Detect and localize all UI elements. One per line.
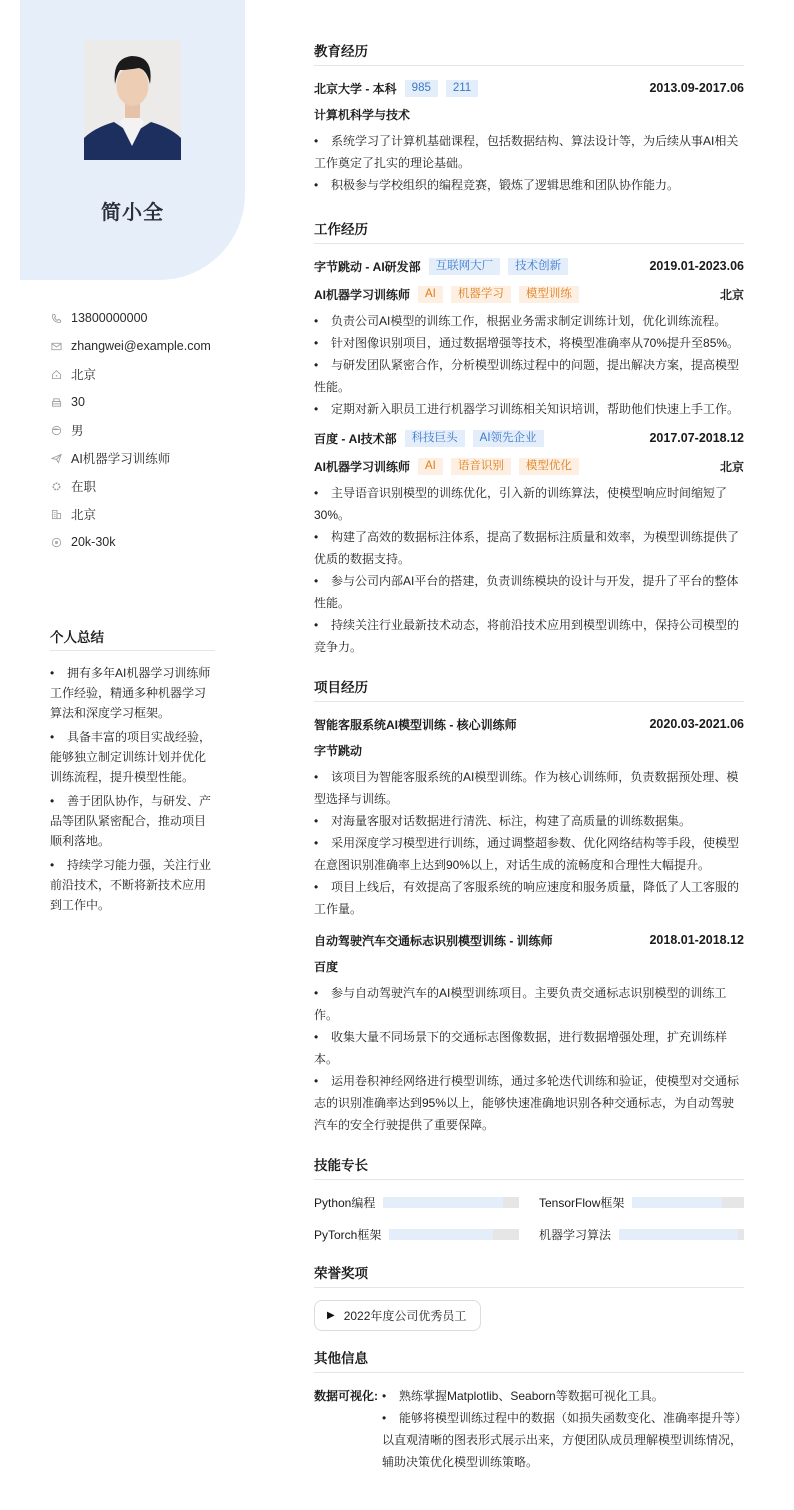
education-bullet: •系统学习了计算机基础课程，包括数据结构、算法设计等，为后续从事AI相关工作奠定… [314,130,744,174]
age-icon [50,396,62,408]
contact-salary: 20k-30k [50,528,240,556]
work-bullet: •针对图像识别项目，通过数据增强等技术，将模型准确率从70%提升至85%。 [314,332,744,354]
skill-bar-fill [389,1229,493,1240]
education-title: 教育经历 [314,40,744,66]
contact-age: 30 [50,388,240,416]
other-info: 数据可视化: •熟练掌握Matplotlib、Seaborn等数据可视化工具。 … [314,1385,744,1473]
contact-phone: 13800000000 [50,304,240,332]
work-entry: 字节跳动 - AI研发部 互联网大厂 技术创新 2019.01-2023.06 … [314,256,744,420]
skill-bar [383,1197,519,1208]
project-name: 自动驾驶汽车交通标志识别模型训练 - 训练师 [314,932,553,949]
work-bullets: •主导语音识别模型的训练优化，引入新的训练算法，使模型响应时间缩短了30%。 •… [314,482,744,658]
contact-phone-value: 13800000000 [71,311,147,325]
work-bullet: •参与公司内部AI平台的搭建，负责训练模块的设计与开发，提升了平台的整体性能。 [314,570,744,614]
project-bullet: •参与自动驾驶汽车的AI模型训练项目。主要负责交通标志识别模型的训练工作。 [314,982,744,1026]
company-tag: 科技巨头 [405,430,465,447]
send-icon [50,452,62,464]
company-tag: 技术创新 [508,258,568,275]
school-tag: 985 [405,80,438,97]
skills-section: 技能专长 Python编程 TensorFlow框架 PyTorch框架 机器学… [314,1154,744,1244]
other-bullets: •熟练掌握Matplotlib、Seaborn等数据可视化工具。 •能够将模型训… [380,1385,744,1473]
project-bullet: •对海量客服对话数据进行清洗、标注，构建了高质量的训练数据集。 [314,810,744,832]
work-city: 北京 [720,286,744,303]
work-bullet: •主导语音识别模型的训练优化，引入新的训练算法，使模型响应时间缩短了30%。 [314,482,744,526]
education-bullet: •积极参与学校组织的编程竞赛，锻炼了逻辑思维和团队协作能力。 [314,174,744,196]
summary-item: •持续学习能力强，关注行业前沿技术，不断将新技术应用到工作中。 [50,855,215,915]
work-title: 工作经历 [314,218,744,244]
project-name: 智能客服系统AI模型训练 - 核心训练师 [314,716,517,733]
contact-address-value: 北京 [71,365,96,383]
skill-name: 机器学习算法 [539,1226,611,1243]
work-role-row: AI机器学习训练师 AI 机器学习 模型训练 北京 [314,284,744,304]
contact-status-value: 在职 [71,477,96,495]
project-company: 百度 [314,958,744,976]
work-section: 工作经历 字节跳动 - AI研发部 互联网大厂 技术创新 2019.01-202… [314,218,744,658]
education-header: 北京大学 - 本科 985 211 2013.09-2017.06 [314,78,744,98]
education-date: 2013.09-2017.06 [649,81,744,95]
skills-title: 技能专长 [314,1154,744,1180]
phone-icon [50,312,62,324]
role-tag: AI [418,286,443,303]
work-date: 2019.01-2023.06 [649,259,744,273]
awards-section: 荣誉奖项 ▶ 2022年度公司优秀员工 [314,1262,744,1331]
role-tag: AI [418,458,443,475]
school-tag: 211 [446,80,478,97]
summary-title: 个人总结 [50,626,215,651]
summary-list: •拥有多年AI机器学习训练师工作经验，精通多种机器学习算法和深度学习框架。 •具… [50,663,215,915]
contact-gender-value: 男 [71,421,84,439]
project-header: 自动驾驶汽车交通标志识别模型训练 - 训练师 2018.01-2018.12 [314,930,744,950]
summary-item: •善于团队协作，与研发、产品等团队紧密配合，推动项目顺利落地。 [50,791,215,851]
contact-gender: 男 [50,416,240,444]
education-bullets: •系统学习了计算机基础课程，包括数据结构、算法设计等，为后续从事AI相关工作奠定… [314,130,744,196]
contact-salary-value: 20k-30k [71,535,115,549]
work-role: AI机器学习训练师 [314,458,410,475]
work-bullet: •定期对新入职员工进行机器学习训练相关知识培训，帮助他们快速上手工作。 [314,398,744,420]
awards-title: 荣誉奖项 [314,1262,744,1288]
other-bullet: •熟练掌握Matplotlib、Seaborn等数据可视化工具。 [382,1385,744,1407]
contact-email: zhangwei@example.com [50,332,240,360]
contact-address: 北京 [50,360,240,388]
work-company-row: 字节跳动 - AI研发部 互联网大厂 技术创新 2019.01-2023.06 [314,256,744,276]
project-bullet: •该项目为智能客服系统的AI模型训练。作为核心训练师，负责数据预处理、模型选择与… [314,766,744,810]
projects-title: 项目经历 [314,676,744,702]
role-tag: 机器学习 [451,286,511,303]
skill-bar-fill [619,1229,738,1240]
skill-name: Python编程 [314,1194,375,1211]
role-tag: 模型训练 [519,286,579,303]
project-bullets: •该项目为智能客服系统的AI模型训练。作为核心训练师，负责数据预处理、模型选择与… [314,766,744,920]
skill-bar-fill [632,1197,721,1208]
contact-position: AI机器学习训练师 [50,444,240,472]
mail-icon [50,340,62,352]
other-title: 其他信息 [314,1347,744,1373]
work-role-row: AI机器学习训练师 AI 语音识别 模型优化 北京 [314,456,744,476]
project-bullet: •采用深度学习模型进行训练，通过调整超参数、优化网络结构等手段，使模型在意图识别… [314,832,744,876]
profile-photo [84,40,181,160]
company-tag: 互联网大厂 [429,258,501,275]
projects-section: 项目经历 智能客服系统AI模型训练 - 核心训练师 2020.03-2021.0… [314,676,744,1136]
gender-icon [50,424,62,436]
skill-bar [619,1229,744,1240]
award-label: 2022年度公司优秀员工 [344,1307,467,1324]
work-company: 百度 - AI技术部 [314,430,397,447]
home-icon [50,368,62,380]
sidebar: 简小全 13800000000 zhangwei@example.com 北京 … [0,0,260,1510]
project-entry: 自动驾驶汽车交通标志识别模型训练 - 训练师 2018.01-2018.12 百… [314,930,744,1136]
work-date: 2017.07-2018.12 [649,431,744,445]
other-bullet: •能够将模型训练过程中的数据（如损失函数变化、准确率提升等）以直观清晰的图表形式… [382,1407,744,1473]
work-bullet: •构建了高效的数据标注体系，提高了数据标注质量和效率，为模型训练提供了优质的数据… [314,526,744,570]
status-icon [50,480,62,492]
award-item-toggle[interactable]: ▶ 2022年度公司优秀员工 [314,1300,481,1331]
summary-item: •具备丰富的项目实战经验，能够独立制定训练计划并优化训练流程，提升模型性能。 [50,727,215,787]
project-date: 2018.01-2018.12 [649,933,744,947]
other-section: 其他信息 数据可视化: •熟练掌握Matplotlib、Seaborn等数据可视… [314,1347,744,1473]
work-city: 北京 [720,458,744,475]
education-section: 教育经历 北京大学 - 本科 985 211 2013.09-2017.06 计… [314,40,744,196]
project-bullet: •收集大量不同场景下的交通标志图像数据，进行数据增强处理，扩充训练样本。 [314,1026,744,1070]
portrait-image [84,40,181,160]
project-header: 智能客服系统AI模型训练 - 核心训练师 2020.03-2021.06 [314,714,744,734]
salary-icon [50,536,62,548]
contact-list: 13800000000 zhangwei@example.com 北京 30 男… [50,304,240,556]
skill-bar [632,1197,744,1208]
summary-item: •拥有多年AI机器学习训练师工作经验，精通多种机器学习算法和深度学习框架。 [50,663,215,723]
work-bullet: •持续关注行业最新技术动态，将前沿技术应用到模型训练中，保持公司模型的竞争力。 [314,614,744,658]
project-bullet: •运用卷积神经网络进行模型训练，通过多轮迭代训练和验证，使模型对交通标志的识别准… [314,1070,744,1136]
personal-summary: 个人总结 •拥有多年AI机器学习训练师工作经验，精通多种机器学习算法和深度学习框… [50,626,215,919]
project-date: 2020.03-2021.06 [649,717,744,731]
skill-bar [389,1229,519,1240]
work-bullets: •负责公司AI模型的训练工作，根据业务需求制定训练计划，优化训练流程。 •针对图… [314,310,744,420]
main-content: 教育经历 北京大学 - 本科 985 211 2013.09-2017.06 计… [314,40,744,1493]
project-entry: 智能客服系统AI模型训练 - 核心训练师 2020.03-2021.06 字节跳… [314,714,744,920]
project-company: 字节跳动 [314,742,744,760]
skill-item: Python编程 [314,1192,519,1212]
skill-item: TensorFlow框架 [539,1192,744,1212]
contact-age-value: 30 [71,395,85,409]
skill-name: PyTorch框架 [314,1226,381,1243]
role-tag: 语音识别 [451,458,511,475]
building-icon [50,508,62,520]
skill-item: 机器学习算法 [539,1224,744,1244]
contact-position-value: AI机器学习训练师 [71,449,170,467]
work-entry: 百度 - AI技术部 科技巨头 AI领先企业 2017.07-2018.12 A… [314,428,744,658]
skill-item: PyTorch框架 [314,1224,519,1244]
company-tag: AI领先企业 [473,430,544,447]
skill-bar-fill [383,1197,502,1208]
contact-city-value: 北京 [71,505,96,523]
skill-name: TensorFlow框架 [539,1194,624,1211]
contact-status: 在职 [50,472,240,500]
work-role: AI机器学习训练师 [314,286,410,303]
project-bullet: •项目上线后，有效提高了客服系统的响应速度和服务质量，降低了人工客服的工作量。 [314,876,744,920]
work-company-row: 百度 - AI技术部 科技巨头 AI领先企业 2017.07-2018.12 [314,428,744,448]
work-bullet: •负责公司AI模型的训练工作，根据业务需求制定训练计划，优化训练流程。 [314,310,744,332]
project-bullets: •参与自动驾驶汽车的AI模型训练项目。主要负责交通标志识别模型的训练工作。 •收… [314,982,744,1136]
role-tag: 模型优化 [519,458,579,475]
work-bullet: •与研发团队紧密合作，分析模型训练过程中的问题，提出解决方案，提高模型性能。 [314,354,744,398]
skills-grid: Python编程 TensorFlow框架 PyTorch框架 机器学习算法 [314,1192,744,1244]
expand-triangle-icon: ▶ [327,1310,335,1321]
contact-city: 北京 [50,500,240,528]
education-major: 计算机科学与技术 [314,106,744,124]
contact-email-value: zhangwei@example.com [71,339,211,353]
other-label: 数据可视化: [314,1385,380,1473]
work-company: 字节跳动 - AI研发部 [314,258,421,275]
school-name: 北京大学 - 本科 [314,80,397,97]
profile-name: 简小全 [20,196,245,225]
